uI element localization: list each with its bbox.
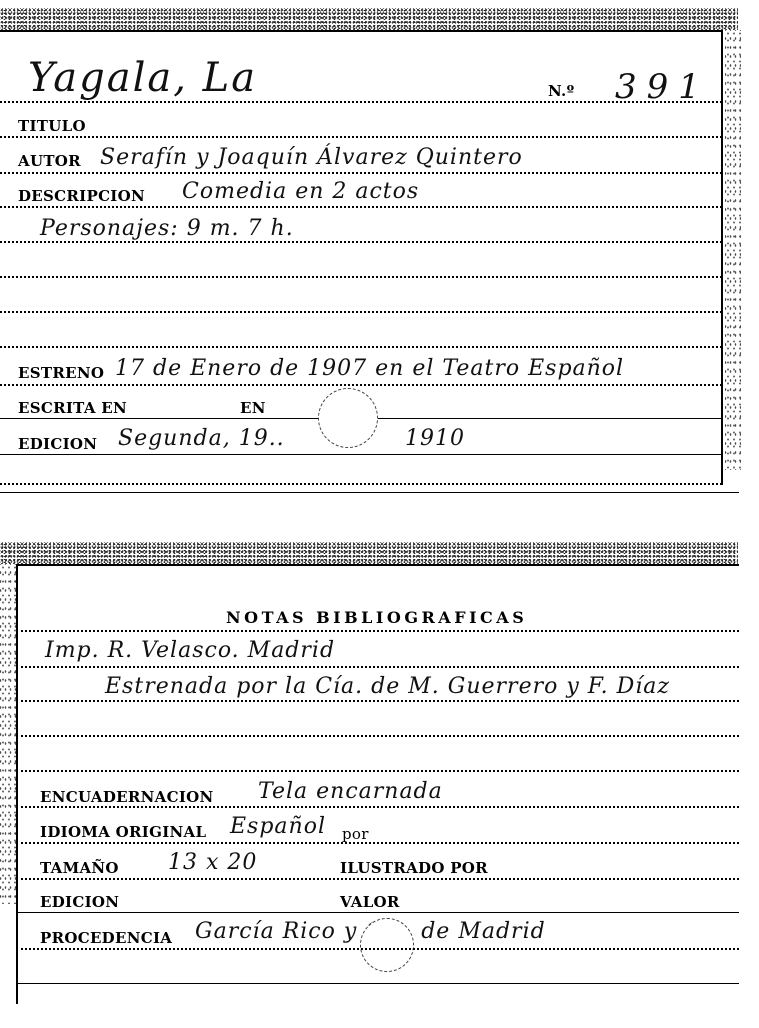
rule-estreno	[0, 384, 722, 386]
punch-hole-stamp	[360, 918, 414, 972]
estreno-value: 17 de Enero de 1907 en el Teatro Español	[115, 358, 624, 380]
rule-titulo	[0, 136, 722, 138]
note-line-1: Imp. R. Velasco. Madrid	[45, 640, 335, 662]
rule-note-2	[16, 700, 739, 702]
card-right-border	[721, 30, 723, 485]
scan-edge-top	[0, 8, 738, 30]
rule-personajes	[0, 241, 722, 243]
autor-value: Serafín y Joaquín Álvarez Quintero	[100, 147, 523, 169]
en-label: EN	[240, 401, 266, 416]
punch-hole-stamp	[318, 388, 378, 448]
edicion-label: EDICION	[40, 895, 119, 910]
procedencia-label: PROCEDENCIA	[40, 931, 172, 946]
idioma-original-value: Español	[230, 816, 326, 838]
rule-heading	[16, 630, 739, 632]
card-number: 391	[615, 70, 710, 104]
rule-idioma	[16, 842, 739, 844]
scan-edge-left	[0, 564, 16, 904]
scan-edge-top	[0, 542, 738, 564]
rule-encuadernacion	[16, 806, 739, 808]
titulo-label: TITULO	[18, 119, 86, 134]
rule-blank-2	[0, 311, 722, 313]
autor-label: AUTOR	[18, 154, 81, 169]
edicion-value: Segunda, 19..	[118, 428, 285, 450]
rule-bottom	[16, 983, 739, 984]
edicion-year: 1910	[405, 428, 465, 450]
rule-blank-3	[0, 346, 722, 348]
rule-note-1	[16, 666, 739, 668]
descripcion-label: DESCRIPCION	[18, 189, 145, 204]
number-label: N.º	[548, 84, 574, 99]
idioma-original-suffix: por	[342, 827, 369, 842]
rule-edicion	[0, 454, 722, 455]
descripcion-value: Comedia en 2 actos	[182, 181, 419, 203]
personajes-value: Personajes: 9 m. 7 h.	[40, 218, 294, 240]
card-top-border	[0, 30, 722, 32]
rule-title	[0, 101, 722, 103]
rule-edicion	[16, 912, 739, 913]
valor-label: VALOR	[340, 895, 400, 910]
rule-blank-1	[0, 276, 722, 278]
estreno-label: ESTRENO	[18, 366, 104, 381]
ilustrado-por-label: ILUSTRADO POR	[340, 861, 488, 876]
scan-edge-right	[725, 30, 741, 470]
rule-procedencia	[16, 948, 739, 950]
rule-tamano	[16, 878, 739, 880]
idioma-original-label: IDIOMA ORIGINAL	[40, 825, 206, 840]
tamano-value: 13 x 20	[168, 852, 257, 874]
rule-blank-1	[16, 735, 739, 737]
notas-heading: NOTAS BIBLIOGRAFICAS	[226, 608, 527, 627]
rule-blank-2	[16, 770, 739, 772]
card-bottom-edge	[0, 492, 739, 493]
card-top-border	[16, 564, 739, 566]
note-line-2: Estrenada por la Cía. de M. Guerrero y F…	[105, 676, 670, 698]
tamano-label: TAMAÑO	[40, 861, 119, 876]
encuadernacion-label: ENCUADERNACION	[40, 790, 214, 805]
escrita-en-label: ESCRITA EN	[18, 401, 127, 416]
back-card: NOTAS BIBLIOGRAFICAS Imp. R. Velasco. Ma…	[0, 530, 759, 1028]
front-card: Yagala, La N.º 391 TITULO AUTOR Serafín …	[0, 0, 759, 500]
card-title: Yagala, La	[28, 58, 257, 98]
rule-bottom	[0, 483, 722, 485]
rule-autor	[0, 172, 722, 174]
edicion-label: EDICION	[18, 437, 97, 452]
rule-descripcion	[0, 206, 722, 208]
encuadernacion-value: Tela encarnada	[258, 781, 443, 803]
